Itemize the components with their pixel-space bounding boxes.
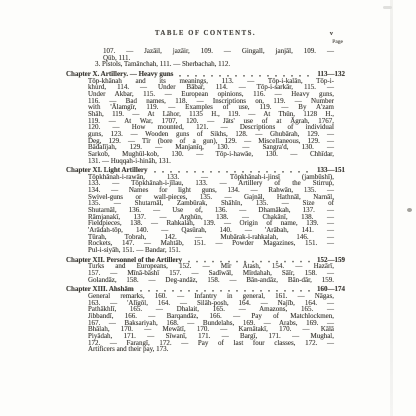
chapter-summary-xii: Turks and Europeans, 152. — Mīr Ātash, 1… <box>88 263 334 283</box>
page-header: TABLE OF CONTENTS. v <box>66 30 345 39</box>
page-title: TABLE OF CONTENTS. <box>66 30 345 38</box>
scan-edge-artifact <box>390 0 393 416</box>
toc-line: 3. Pistols, Tamānchah, 111. — Sherbachah… <box>95 61 334 68</box>
chapter-summary-xiii: General remarks, 160. — Infantry in gene… <box>88 293 334 353</box>
scan-speck-artifact <box>407 208 412 212</box>
scanned-book-page: TABLE OF CONTENTS. v Page 107. — Jazāil,… <box>0 0 416 416</box>
folio-number: v <box>330 30 333 37</box>
chapter-summary-x: Tōp-khānah and its meanings, 113. — Tōp-… <box>88 78 334 165</box>
toc-line: 131. — Huqqah-i-hināh, 131. <box>88 158 334 165</box>
toc-content: TABLE OF CONTENTS. v Page 107. — Jazāil,… <box>66 30 345 353</box>
scan-speck-artifact <box>383 6 392 9</box>
toc-line: Artificers and their pay, 173. <box>88 346 334 353</box>
page-column-label: Page <box>66 39 345 45</box>
toc-body: 107. — Jazāil, jazāir, 109. — Gingall, j… <box>66 48 345 353</box>
toc-line: 107. — Jazāil, jazāir, 109. — Gingall, j… <box>103 48 334 55</box>
toc-line: Golandāz, 158. — Deg-andāz, 158. — Bān-a… <box>88 277 334 284</box>
toc-line: Pul-i-siyāh, 151. — Bandar, 151. <box>88 247 334 254</box>
chapter-summary-xi: Tōpkhānah-i-rawān, 133. — Tōpkhānah-i-ji… <box>88 174 334 254</box>
